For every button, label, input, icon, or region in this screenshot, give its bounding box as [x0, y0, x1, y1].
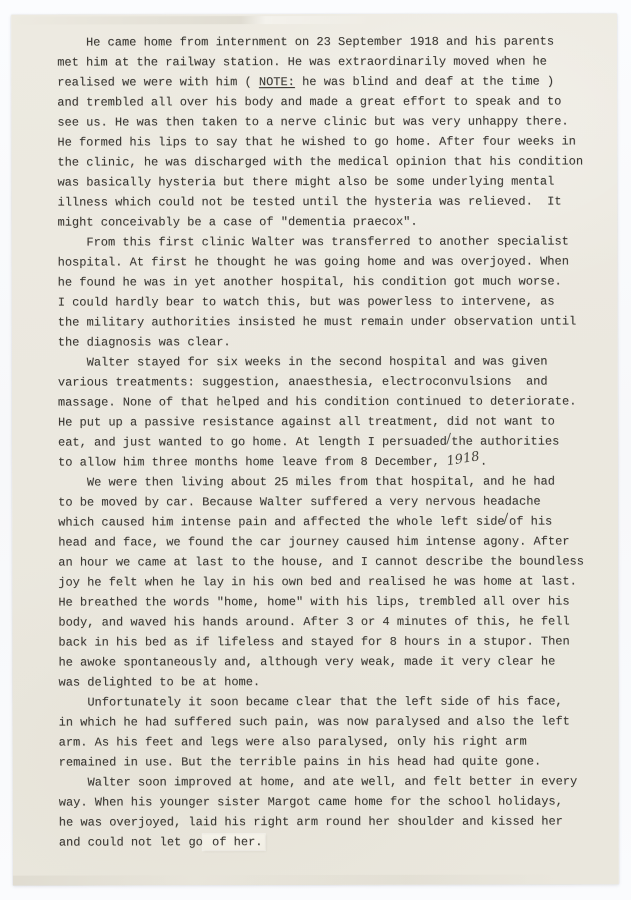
text-line: the diagnosis was clear.	[58, 331, 584, 352]
typed-text-segment: the military authorities insisted he mus…	[58, 314, 577, 329]
typed-text-segment: an hour we came at last to the house, an…	[58, 554, 584, 569]
typed-text-segment: see us. He was then taken to a nerve cli…	[57, 114, 568, 129]
handwritten-annotation: 1918	[445, 447, 481, 472]
text-line: the clinic, he was discharged with the m…	[57, 151, 583, 172]
typed-text-segment: I could hardly bear to watch this, but w…	[58, 294, 555, 309]
text-line: He breathed the words "home, home" with …	[58, 591, 584, 612]
text-line: was basically hysteria but there might a…	[57, 171, 583, 192]
text-line: way. When his younger sister Margot came…	[59, 791, 585, 812]
text-line: back in his bed as if lifeless and staye…	[58, 631, 584, 652]
typed-text-segment: massage. None of that helped and his con…	[58, 394, 577, 409]
underlined-note-label: NOTE:	[259, 75, 295, 89]
typed-text-segment: eat, and just wanted to go home. At leng…	[58, 435, 447, 450]
text-line: massage. None of that helped and his con…	[58, 391, 584, 412]
text-line: remained in use. But the terrible pains …	[59, 751, 585, 772]
typed-text-segment: He put up a passive resistance against a…	[58, 414, 555, 429]
typed-text-segment: arm. As his feet and legs were also para…	[59, 735, 527, 750]
text-line: met him at the railway station. He was e…	[57, 51, 583, 72]
text-line: arm. As his feet and legs were also para…	[59, 731, 585, 752]
typed-text-segment: head and face, we found the car journey …	[58, 534, 569, 549]
text-line: realised we were with him ( NOTE: he was…	[57, 71, 583, 92]
typed-text-segment: the clinic, he was discharged with the m…	[57, 154, 583, 169]
correction-patch: of her.	[203, 834, 265, 850]
typed-text-segment: he was overjoyed, laid his right arm rou…	[59, 814, 563, 829]
text-line: might conceivably be a case of "dementia…	[58, 211, 584, 232]
text-line: From this first clinic Walter was transf…	[58, 231, 584, 252]
typed-text-segment: He formed his lips to say that he wished…	[57, 134, 576, 149]
text-line: which caused him intense pain and affect…	[58, 511, 584, 532]
text-line: he found he was in yet another hospital,…	[58, 271, 584, 292]
typed-text-segment: the authorities	[451, 434, 559, 448]
typed-text-block: He came home from internment on 23 Septe…	[57, 31, 584, 852]
typed-text-segment: way. When his younger sister Margot came…	[59, 794, 563, 809]
text-line: in which he had suffered such pain, was …	[59, 711, 585, 732]
text-line: and could not let go of her.	[59, 831, 585, 852]
typed-text-segment: and trembled all over his body and made …	[57, 94, 561, 109]
typed-text-segment: which caused him intense pain and affect…	[58, 515, 505, 530]
scan-background: He came home from internment on 23 Septe…	[0, 0, 631, 900]
typed-text-segment: to be moved by car. Because Walter suffe…	[58, 495, 541, 510]
typed-text-segment: met him at the railway station. He was e…	[57, 55, 547, 70]
typed-text-segment: in which he had suffered such pain, was …	[59, 714, 570, 729]
text-line: joy he felt when he lay in his own bed a…	[58, 571, 584, 592]
typed-text-segment: he awoke spontaneously and, although ver…	[58, 654, 555, 669]
text-line: head and face, we found the car journey …	[58, 531, 584, 552]
text-line: and trembled all over his body and made …	[57, 91, 583, 112]
text-line: various treatments: suggestion, anaesthe…	[58, 371, 584, 392]
typed-text-segment: He breathed the words "home, home" with …	[58, 594, 569, 609]
document-page: He came home from internment on 23 Septe…	[11, 13, 619, 885]
typed-text-segment: realised we were with him (	[57, 75, 259, 89]
text-line: Unfortunately it soon became clear that …	[59, 691, 585, 712]
text-line: Walter stayed for six weeks in the secon…	[58, 351, 584, 372]
typed-text-segment: he found he was in yet another hospital,…	[58, 274, 562, 289]
typed-text-segment: was delighted to be at home.	[58, 675, 260, 689]
typed-text-segment: to allow him three months home leave fro…	[58, 455, 447, 470]
text-line: Walter soon improved at home, and ate we…	[59, 771, 585, 792]
text-line: an hour we came at last to the house, an…	[58, 551, 584, 572]
typed-text-segment: of his	[509, 515, 552, 529]
typed-text-segment: remained in use. But the terrible pains …	[59, 755, 542, 770]
typed-text-segment: Unfortunately it soon became clear that …	[59, 694, 563, 709]
typed-text-segment: body, and waved his hands around. After …	[58, 614, 569, 629]
typed-text-segment: illness which could not be tested until …	[57, 194, 561, 209]
typed-text-segment: he was blind and deaf at the time )	[295, 74, 554, 89]
typed-text-segment: and could not let go	[59, 835, 203, 849]
typed-text-segment: From this first clinic Walter was transf…	[58, 234, 569, 249]
text-line: illness which could not be tested until …	[57, 191, 583, 212]
text-line: see us. He was then taken to a nerve cli…	[57, 111, 583, 132]
typed-text-segment: back in his bed as if lifeless and staye…	[58, 634, 569, 649]
typed-text-segment: might conceivably be a case of "dementia…	[58, 215, 418, 230]
text-line: he was overjoyed, laid his right arm rou…	[59, 811, 585, 832]
typed-text-segment: various treatments: suggestion, anaesthe…	[58, 375, 548, 390]
typed-text-segment: joy he felt when he lay in his own bed a…	[58, 574, 577, 589]
text-line: We were then living about 25 miles from …	[58, 471, 584, 492]
typed-text-segment: was basically hysteria but there might a…	[57, 174, 554, 189]
text-line: eat, and just wanted to go home. At leng…	[58, 431, 584, 452]
text-line: He came home from internment on 23 Septe…	[57, 31, 583, 52]
typed-text-segment: the diagnosis was clear.	[58, 335, 231, 349]
typed-text-segment: hospital. At first he thought he was goi…	[58, 254, 569, 269]
text-line: He formed his lips to say that he wished…	[57, 131, 583, 152]
text-line: to allow him three months home leave fro…	[58, 451, 584, 472]
text-line: was delighted to be at home.	[58, 671, 584, 692]
typed-text-segment: We were then living about 25 miles from …	[58, 474, 555, 489]
text-line: the military authorities insisted he mus…	[58, 311, 584, 332]
typed-text-segment: He came home from internment on 23 Septe…	[57, 34, 554, 49]
typed-text-segment: Walter stayed for six weeks in the secon…	[58, 355, 548, 370]
text-line: body, and waved his hands around. After …	[58, 611, 584, 632]
typed-text-segment: Walter soon improved at home, and ate we…	[59, 774, 578, 789]
text-line: hospital. At first he thought he was goi…	[58, 251, 584, 272]
text-line: He put up a passive resistance against a…	[58, 411, 584, 432]
text-line: I could hardly bear to watch this, but w…	[58, 291, 584, 312]
text-line: he awoke spontaneously and, although ver…	[58, 651, 584, 672]
